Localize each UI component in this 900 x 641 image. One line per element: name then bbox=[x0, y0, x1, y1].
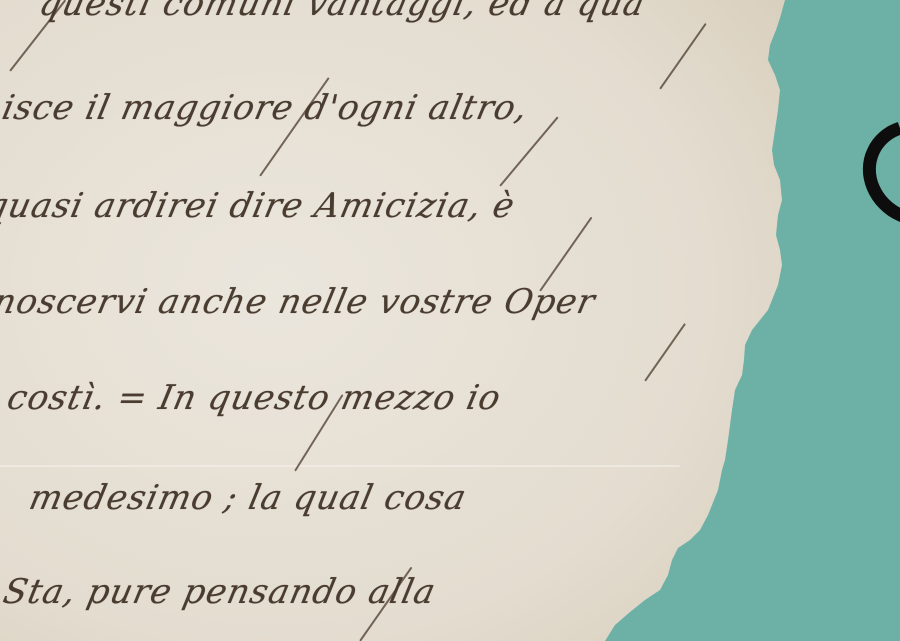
manuscript-line-6: medesimo ; la qual cosa bbox=[26, 478, 471, 518]
manuscript-line-3: quasi ardirei dire Amicizia, è bbox=[0, 186, 519, 226]
manuscript-scan: questi comuni vantaggi, ed a qua nisce i… bbox=[0, 0, 900, 641]
paper-fold-crease bbox=[0, 465, 680, 467]
manuscript-line-2: nisce il maggiore d'ogni altro, bbox=[0, 88, 532, 128]
manuscript-line-7: Sta, pure pensando alla bbox=[0, 572, 440, 612]
manuscript-line-4: noscervi anche nelle vostre Oper bbox=[0, 282, 599, 322]
manuscript-line-5: costì. = In questo mezzo io bbox=[4, 378, 505, 418]
manuscript-line-1: questi comuni vantaggi, ed a qua bbox=[36, 0, 649, 24]
